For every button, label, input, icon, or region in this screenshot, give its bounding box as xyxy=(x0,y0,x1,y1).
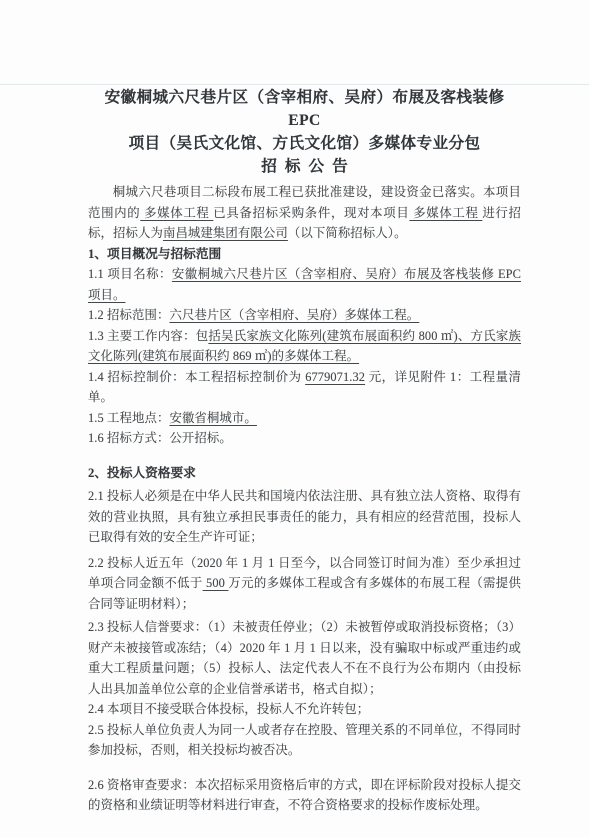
title-line-2: 项目（吴氏文化馆、方氏文化馆）多媒体专业分包 xyxy=(88,132,521,155)
scan-edge-line xyxy=(0,84,589,85)
item-qualification-review: 2.6 资格审查要求：本次招标采用资格后审的方式，即在评标阶段对投标人提交的资格… xyxy=(88,775,521,816)
item-2-3-label: 2.3 投标人信誉要求：（1）未被责任停业；（2）未被暂停或取消投标资格；（3）… xyxy=(88,620,521,696)
section-2-heading: 2、投标人资格要求 xyxy=(88,463,521,484)
announcement-heading: 招标公告 xyxy=(88,155,521,178)
item-1-4-underlined: 6779071.32 xyxy=(305,370,365,384)
item-1-5-underlined: 安徽省桐城市。 xyxy=(169,411,256,425)
intro-text-4: （以下简称招标人）。 xyxy=(288,226,407,240)
item-tender-scope: 1.2 招标范围：六尺巷片区（含宰相府、吴府）多媒体工程。 xyxy=(88,305,521,326)
item-1-6-label: 1.6 招标方式：公开招标。 xyxy=(88,431,232,445)
item-bidder-experience: 2.2 投标人近五年（2020 年 1 月 1 日至今，以合同签订时间为准）至少… xyxy=(88,553,521,615)
item-1-3-label: 1.3 主要工作内容：包 xyxy=(88,329,208,343)
item-bidder-reputation: 2.3 投标人信誉要求：（1）未被责任停业；（2）未被暂停或取消投标资格；（3）… xyxy=(88,617,521,699)
item-bidder-registration: 2.1 投标人必须是在中华人民共和国境内依法注册、具有独立法人资格、取得有效的营… xyxy=(88,486,521,548)
item-1-2-underlined: 六尺巷片区（含宰相府、吴府）多媒体工程。 xyxy=(169,308,419,322)
item-2-4-label: 2.4 本项目不接受联合体投标，投标人不允许转包； xyxy=(88,702,369,716)
item-project-location: 1.5 工程地点：安徽省桐城市。 xyxy=(88,408,521,429)
item-project-name: 1.1 项目名称：安徽桐城六尺巷片区（含宰相府、吴府）布展及客栈装修 EPC 项… xyxy=(88,264,521,305)
item-control-price: 1.4 招标控制价：本工程招标控制价为 6779071.32 元，详见附件 1：… xyxy=(88,367,521,408)
item-same-responsible-person: 2.5 投标人单位负责人为同一人或者存在控股、管理关系的不同单位，不得同时参加投… xyxy=(88,720,521,761)
section-1-heading: 1、项目概况与招标范围 xyxy=(88,244,521,265)
document-title: 安徽桐城六尺巷片区（含宰相府、吴府）布展及客栈装修 EPC 项目（吴氏文化馆、方… xyxy=(88,86,521,178)
intro-underline-multimedia-2: 多媒体工程 xyxy=(409,206,482,220)
intro-paragraph: 桐城六尺巷项目二标段布展工程已获批准建设，建设资金已落实。本项目范围内的 多媒体… xyxy=(88,182,521,244)
scanned-document-page: 安徽桐城六尺巷片区（含宰相府、吴府）布展及客栈装修 EPC 项目（吴氏文化馆、方… xyxy=(0,0,589,838)
item-2-6-label: 2.6 资格审查要求：本次招标采用资格后审的方式，即在评标阶段对投标人提交的资格… xyxy=(88,778,521,813)
item-tender-method: 1.6 招标方式：公开招标。 xyxy=(88,428,521,449)
item-1-5-label: 1.5 工程地点： xyxy=(88,411,169,425)
intro-text-2: 已具备招标采购条件，现对本项目 xyxy=(213,206,409,220)
item-1-2-label: 1.2 招标范围： xyxy=(88,308,169,322)
item-1-4-label: 1.4 招标控制价：本工程招标控制价为 xyxy=(88,370,305,384)
item-no-consortium: 2.4 本项目不接受联合体投标，投标人不允许转包； xyxy=(88,699,521,720)
item-2-2-underlined: 500 xyxy=(203,576,229,590)
item-2-5-label: 2.5 投标人单位负责人为同一人或者存在控股、管理关系的不同单位，不得同时参加投… xyxy=(88,723,521,758)
title-line-1: 安徽桐城六尺巷片区（含宰相府、吴府）布展及客栈装修 EPC xyxy=(88,86,521,132)
document-content: 安徽桐城六尺巷片区（含宰相府、吴府）布展及客栈装修 EPC 项目（吴氏文化馆、方… xyxy=(88,86,521,816)
item-2-1-label: 2.1 投标人必须是在中华人民共和国境内依法注册、具有独立法人资格、取得有效的营… xyxy=(88,489,521,544)
item-work-content: 1.3 主要工作内容：包括吴氏家族文化陈列(建筑布展面积约 800 ㎡)、方氏家… xyxy=(88,326,521,367)
intro-underline-tenderer-name: 南昌城建集团有限公司 xyxy=(163,226,288,240)
item-1-1-label: 1.1 项目名称： xyxy=(88,267,172,281)
intro-underline-multimedia-1: 多媒体工程 xyxy=(140,206,213,220)
